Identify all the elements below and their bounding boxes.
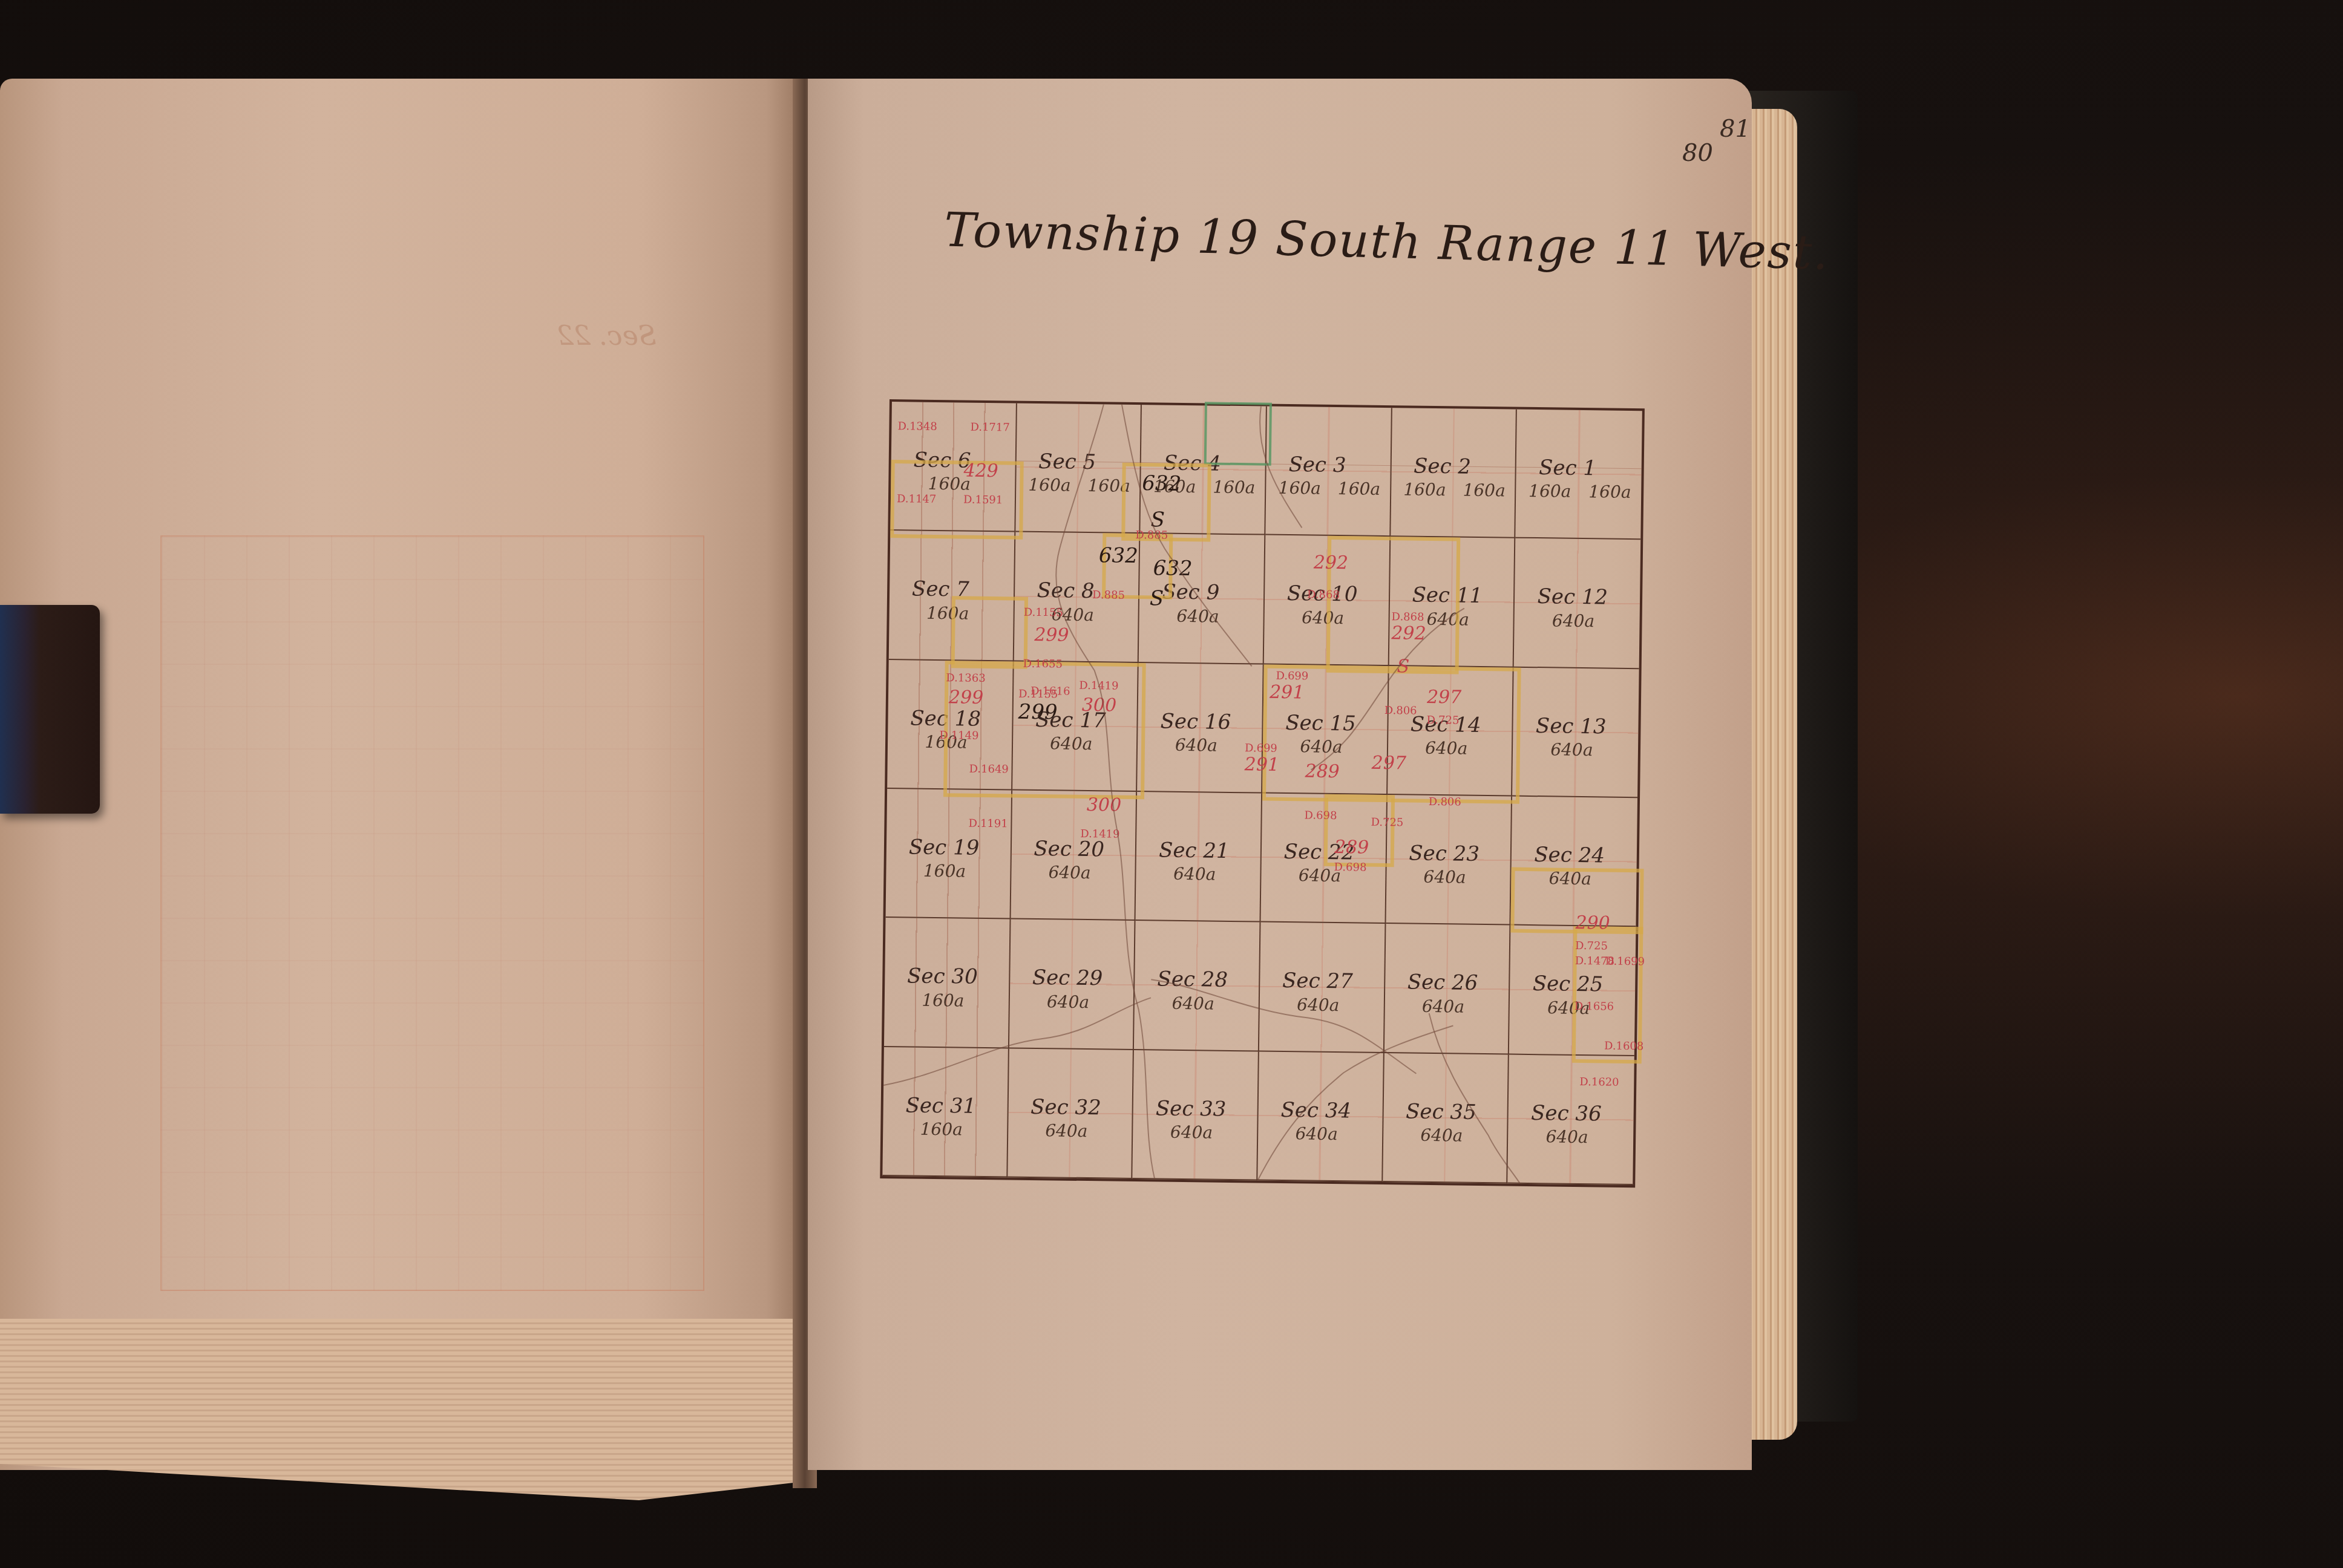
section-14: Sec 14640a	[1388, 666, 1514, 797]
section-label: Sec 5	[1038, 449, 1096, 474]
section-acreage: 640a	[1423, 867, 1466, 887]
section-acreage: 640a	[1170, 1122, 1213, 1143]
patent-entry: 632	[1142, 471, 1181, 496]
page-number-upper: 81	[1720, 115, 1751, 143]
patent-entry: 299	[1034, 624, 1069, 646]
section-label: Sec 28	[1157, 967, 1228, 992]
section-label: Sec 1	[1539, 456, 1596, 480]
section-7: Sec 7160a	[889, 531, 1015, 661]
section-28: Sec 28640a	[1134, 921, 1260, 1051]
section-label: Sec 19	[909, 835, 980, 860]
section-label: Sec 16	[1160, 709, 1231, 734]
patent-entry: D.1147	[897, 492, 937, 506]
section-acreage: 640a	[1552, 610, 1595, 631]
patent-entry: 429	[963, 460, 998, 482]
patent-entry: 290	[1575, 912, 1610, 934]
section-label: Sec 27	[1282, 969, 1353, 993]
section-acreage: 640a	[1302, 607, 1345, 628]
patent-entry: D.1363	[946, 671, 986, 685]
section-31: Sec 31160a	[882, 1047, 1009, 1178]
section-acreage-secondary: 160a	[1213, 477, 1256, 498]
section-label: Sec 13	[1536, 714, 1607, 739]
section-label: Sec 24	[1534, 843, 1605, 867]
section-5: Sec 5160a160a	[1015, 403, 1142, 534]
patent-entry: D.1419	[1080, 828, 1120, 841]
section-24: Sec 24640a	[1511, 797, 1637, 927]
section-33: Sec 33640a	[1133, 1050, 1259, 1181]
patent-entry: 632	[1153, 556, 1192, 581]
patent-entry: D.1655	[1023, 658, 1063, 671]
section-acreage: 160a	[1529, 481, 1571, 501]
patent-entry: D.806	[1384, 704, 1417, 717]
section-acreage: 640a	[1295, 1123, 1338, 1144]
patent-entry: 289	[1305, 760, 1340, 782]
patent-entry: D.1717	[970, 421, 1010, 434]
section-label: Sec 9	[1162, 580, 1219, 605]
section-acreage: 160a	[1028, 475, 1071, 495]
section-label: Sec 6	[913, 448, 971, 473]
patent-entry: 292	[1391, 622, 1426, 644]
patent-entry: S	[1150, 586, 1164, 610]
patent-entry: 291	[1244, 754, 1279, 776]
section-acreage: 640a	[1173, 864, 1216, 884]
patent-entry: D.1149	[939, 729, 979, 742]
section-label: Sec 8	[1037, 578, 1094, 603]
section-acreage: 640a	[1045, 1120, 1088, 1141]
section-label: Sec 7	[912, 577, 969, 602]
section-2: Sec 2160a160a	[1391, 408, 1517, 538]
patent-entry: D.725	[1575, 939, 1608, 953]
patent-entry: 299	[949, 687, 984, 708]
patent-entry: S	[1397, 656, 1409, 677]
section-25: Sec 25640a	[1509, 926, 1636, 1056]
section-acreage: 160a	[922, 990, 965, 1010]
patent-entry: D.868	[1307, 588, 1340, 601]
patent-entry: D.1191	[968, 817, 1008, 831]
section-acreage: 640a	[1176, 606, 1219, 626]
section-acreage: 640a	[1297, 995, 1340, 1015]
section-acreage: 640a	[1048, 863, 1091, 883]
section-acreage: 160a	[923, 861, 966, 881]
patent-entry: D.885	[1135, 529, 1168, 542]
patent-entry: D.1608	[1604, 1040, 1644, 1053]
patent-entry: 632	[1099, 543, 1138, 568]
left-page: Sec. 22	[0, 79, 799, 1470]
township-map: Sec 6160aSec 5160a160aSec 4160a160aSec 3…	[880, 399, 1645, 1187]
section-12: Sec 12640a	[1514, 538, 1640, 669]
patent-entry: D.885	[1092, 589, 1125, 602]
section-label: Sec 21	[1159, 838, 1230, 863]
patent-entry: D.1620	[1579, 1076, 1619, 1089]
section-label: Sec 23	[1409, 841, 1480, 866]
patent-entry: 299	[1018, 700, 1057, 725]
section-acreage: 640a	[1549, 869, 1592, 889]
patent-entry: 300	[1082, 694, 1117, 716]
section-label: Sec 32	[1031, 1095, 1101, 1120]
section-13: Sec 13640a	[1512, 667, 1639, 798]
section-acreage: 640a	[1047, 991, 1090, 1012]
section-label: Sec 26	[1407, 970, 1478, 995]
patent-entry: D.1699	[1605, 955, 1645, 969]
patent-entry: 300	[1087, 794, 1122, 816]
section-acreage: 640a	[1550, 739, 1593, 760]
patent-entry: D.1348	[897, 420, 937, 433]
left-page-ruled-frame	[160, 535, 704, 1291]
section-29: Sec 29640a	[1009, 920, 1136, 1050]
section-acreage-secondary: 160a	[1338, 479, 1381, 499]
patent-entry: D.699	[1245, 742, 1277, 755]
page-number-lower: 80	[1682, 139, 1713, 167]
section-acreage: 640a	[1300, 736, 1343, 757]
section-1: Sec 1160a160a	[1516, 410, 1642, 540]
section-acreage: 640a	[1425, 738, 1468, 759]
patent-entry: D.1155	[1024, 606, 1064, 619]
section-acreage: 640a	[1420, 1125, 1463, 1146]
patent-entry: D.806	[1429, 795, 1461, 809]
patent-entry: D.1656	[1575, 1000, 1614, 1013]
section-11: Sec 11640a	[1389, 537, 1515, 667]
patent-entry: 297	[1427, 687, 1462, 708]
section-acreage: 640a	[1545, 1126, 1588, 1147]
section-32: Sec 32640a	[1008, 1048, 1134, 1179]
section-3: Sec 3160a160a	[1265, 407, 1392, 537]
patent-entry: D.1419	[1079, 679, 1119, 693]
section-label: Sec 34	[1280, 1098, 1351, 1123]
section-label: Sec 30	[907, 964, 978, 989]
section-label: Sec 3	[1288, 452, 1346, 477]
patent-entry: D.725	[1371, 816, 1403, 829]
patent-entry: 297	[1371, 753, 1406, 774]
section-19: Sec 19160a	[886, 789, 1012, 920]
section-34: Sec 34640a	[1257, 1051, 1384, 1182]
section-label: Sec 11	[1412, 583, 1483, 608]
section-acreage-secondary: 160a	[1588, 482, 1631, 502]
section-26: Sec 26640a	[1384, 924, 1511, 1054]
section-acreage: 640a	[1426, 609, 1469, 630]
patent-entry: D.1649	[969, 763, 1009, 776]
section-acreage: 640a	[1050, 733, 1093, 754]
section-acreage: 640a	[1175, 735, 1218, 756]
section-label: Sec 31	[905, 1093, 976, 1118]
patent-entry: 292	[1314, 552, 1349, 574]
section-17: Sec 17640a	[1012, 661, 1139, 792]
section-label: Sec 25	[1533, 972, 1604, 996]
section-label: Sec 15	[1285, 711, 1356, 736]
section-label: Sec 29	[1032, 965, 1103, 990]
section-label: Sec 20	[1034, 837, 1104, 861]
section-acreage: 640a	[1422, 996, 1465, 1016]
section-label: Sec 18	[910, 706, 981, 731]
section-acreage-secondary: 160a	[1463, 480, 1506, 501]
patent-entry: D.1155	[1018, 688, 1058, 701]
patent-entry: D.725	[1426, 714, 1459, 727]
patent-entry: D.698	[1305, 809, 1337, 822]
section-23: Sec 23640a	[1386, 795, 1512, 926]
section-label: Sec 35	[1406, 1099, 1476, 1124]
section-acreage: 160a	[1279, 478, 1322, 498]
patent-entry: 291	[1270, 682, 1305, 704]
patent-entry: D.699	[1276, 670, 1308, 683]
patent-entry: 289	[1334, 837, 1369, 858]
section-acreage-secondary: 160a	[1087, 475, 1130, 496]
section-21: Sec 21640a	[1136, 792, 1262, 923]
section-acreage: 160a	[1403, 480, 1446, 500]
page-clip	[0, 605, 100, 814]
section-label: Sec 33	[1156, 1096, 1227, 1121]
section-acreage: 160a	[926, 603, 969, 623]
section-label: Sec 12	[1537, 585, 1608, 610]
section-30: Sec 30160a	[884, 918, 1011, 1048]
section-label: Sec 36	[1531, 1101, 1602, 1126]
patent-entry: D.1591	[963, 494, 1003, 507]
section-35: Sec 35640a	[1383, 1053, 1509, 1184]
patent-entry: D.868	[1392, 610, 1424, 624]
section-acreage: 160a	[920, 1119, 963, 1140]
section-acreage: 640a	[1171, 993, 1214, 1013]
patent-entry: D.698	[1334, 861, 1366, 874]
bleed-through-text: Sec. 22	[557, 321, 657, 351]
section-36: Sec 36640a	[1508, 1054, 1634, 1185]
section-label: Sec 2	[1414, 454, 1471, 479]
section-27: Sec 27640a	[1259, 923, 1386, 1053]
